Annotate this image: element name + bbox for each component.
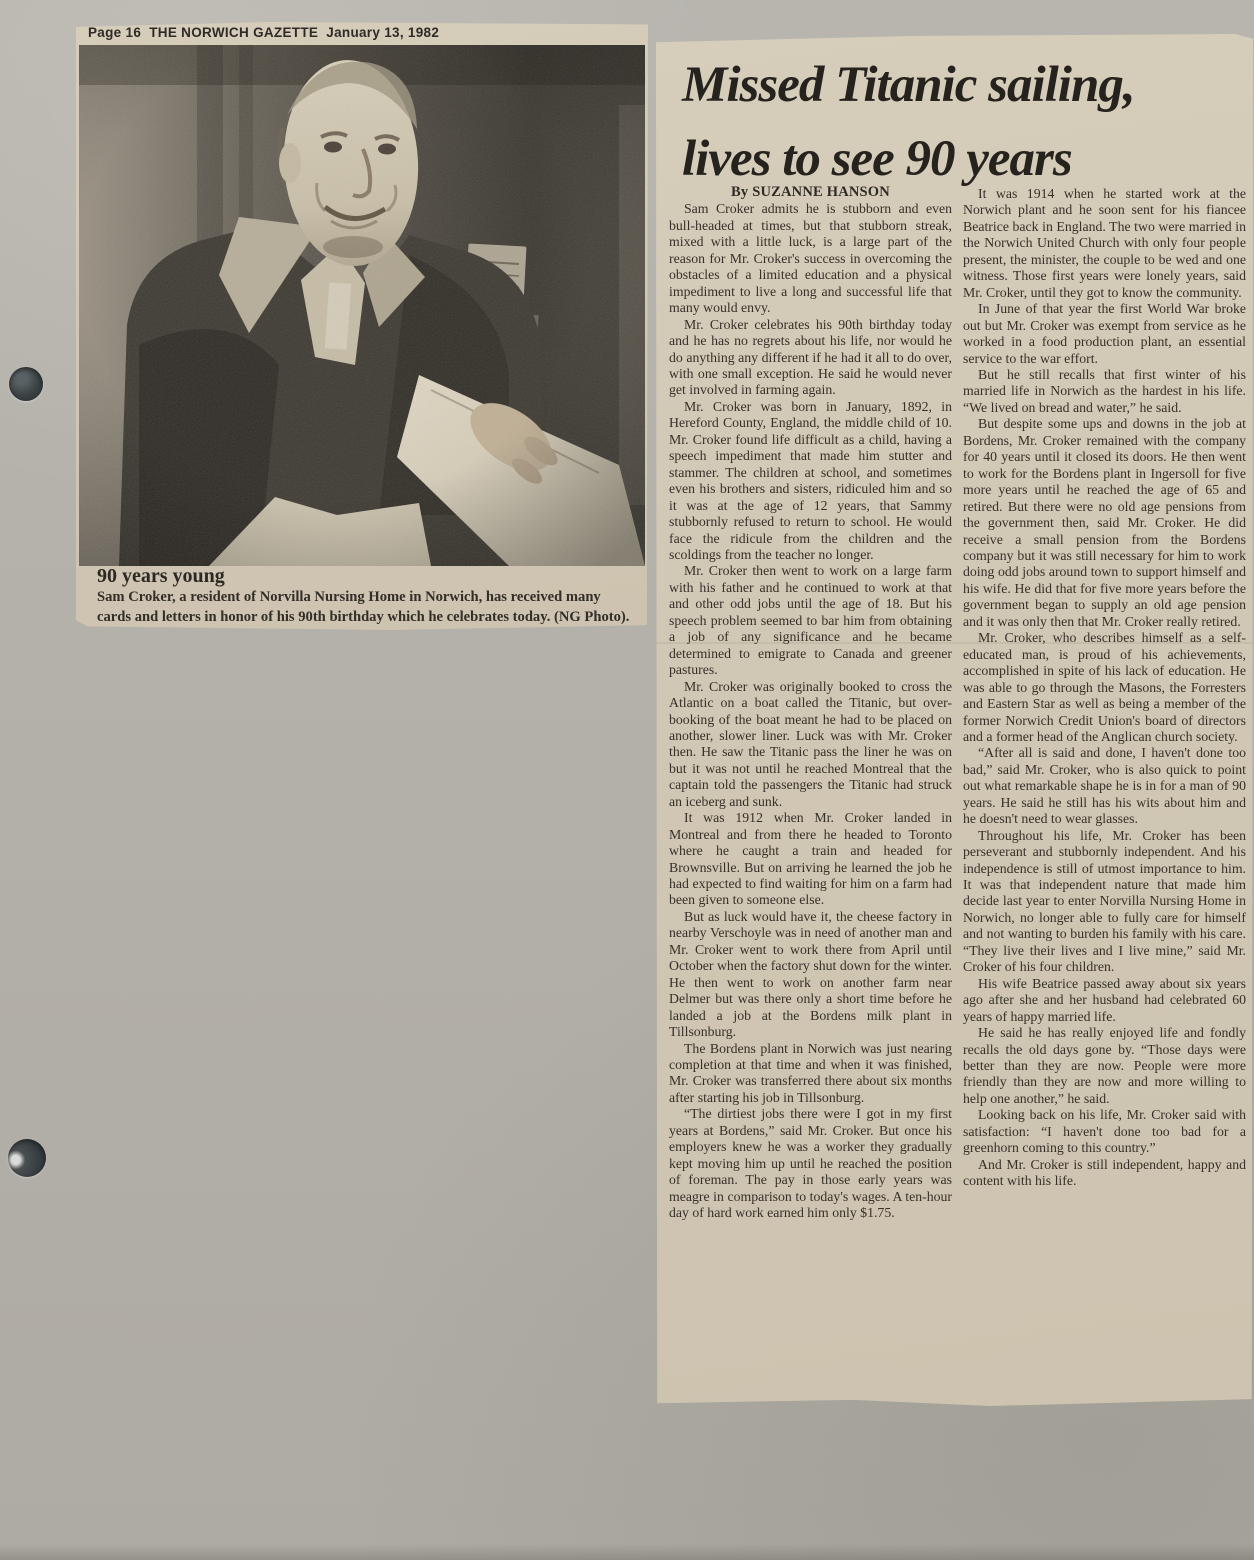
hole-punch-bottom: [8, 1139, 46, 1177]
article-paragraph: Mr. Croker was originally booked to cros…: [669, 679, 952, 811]
article-paragraph: The Bordens plant in Norwich was just ne…: [669, 1041, 952, 1107]
newspaper-page-header: Page 16 THE NORWICH GAZETTE January 13, …: [88, 25, 439, 40]
article-column-1: By SUZANNE HANSON Sam Croker admits he i…: [669, 184, 952, 1396]
photo-clipping: Page 16 THE NORWICH GAZETTE January 13, …: [76, 22, 648, 630]
article-paragraph: In June of that year the first World War…: [963, 301, 1246, 367]
scrapbook-page: Page 16 THE NORWICH GAZETTE January 13, …: [0, 0, 1254, 1560]
article-paragraph: And Mr. Croker is still independent, hap…: [963, 1157, 1246, 1190]
article-paragraph: Mr. Croker, who describes himself as a s…: [963, 630, 1246, 745]
article-paragraph: He said he has really enjoyed life and f…: [963, 1025, 1246, 1107]
article-paragraph: But he still recalls that first winter o…: [963, 367, 1246, 416]
article-paragraph: “After all is said and done, I haven't d…: [963, 745, 1246, 827]
article-byline: By SUZANNE HANSON: [669, 184, 952, 200]
article-clipping: Missed Titanic sailing, lives to see 90 …: [656, 34, 1253, 1406]
article-paragraph: But despite some ups and downs in the jo…: [963, 416, 1246, 630]
caption-title: 90 years young: [97, 566, 637, 587]
headline-line-1: Missed Titanic sailing,: [682, 48, 1238, 122]
article-column-2: It was 1914 when he started work at the …: [963, 186, 1246, 1392]
article-headline: Missed Titanic sailing, lives to see 90 …: [682, 48, 1238, 196]
photo-caption: 90 years young Sam Croker, a resident of…: [97, 566, 637, 627]
hole-punch-top: [9, 367, 43, 401]
article-paragraph: His wife Beatrice passed away about six …: [963, 976, 1246, 1025]
article-paragraph: Mr. Croker then went to work on a large …: [669, 563, 952, 678]
article-paragraph: Looking back on his life, Mr. Croker sai…: [963, 1107, 1246, 1156]
article-paragraph: It was 1912 when Mr. Croker landed in Mo…: [669, 810, 952, 909]
photo-image: [79, 45, 645, 566]
article-paragraph: Mr. Croker celebrates his 90th birthday …: [669, 317, 952, 399]
caption-text: Sam Croker, a resident of Norvilla Nursi…: [97, 588, 637, 627]
article-paragraph: Mr. Croker was born in January, 1892, in…: [669, 399, 952, 564]
article-paragraph: “The dirtiest jobs there were I got in m…: [669, 1106, 952, 1221]
article-paragraph: It was 1914 when he started work at the …: [963, 186, 1246, 301]
photo-sam-croker: [79, 45, 645, 566]
article-paragraph: Throughout his life, Mr. Croker has been…: [963, 828, 1246, 976]
article-paragraph: But as luck would have it, the cheese fa…: [669, 909, 952, 1041]
article-paragraph: Sam Croker admits he is stubborn and eve…: [669, 201, 952, 316]
